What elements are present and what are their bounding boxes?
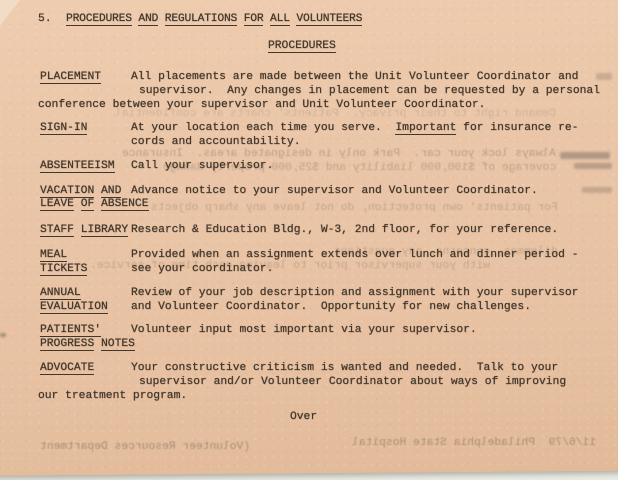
ink-smudge xyxy=(582,187,612,193)
meal-tickets-line-2: see your coordinator. xyxy=(131,262,273,276)
placement-line-1: All placements are made between the Unit… xyxy=(131,70,578,84)
bleed-through-text: For patients' own protection, do not lea… xyxy=(151,201,558,215)
section-label-patients-2: PROGRESS NOTES xyxy=(40,337,135,351)
meal-tickets-line-1: Provided when an assignment extends over… xyxy=(131,248,578,262)
section-label-absenteeism: ABSENTEEISM xyxy=(40,159,115,173)
placement-line-2: supervisor. Any changes in placement can… xyxy=(139,84,600,98)
advocate-line-1: Your constructive criticism is wanted an… xyxy=(131,361,558,375)
ink-smudge xyxy=(0,333,6,337)
scanned-document: Demand right to their privacy. Patients'… xyxy=(0,0,618,480)
document-content: Demand right to their privacy. Patients'… xyxy=(0,0,618,480)
section-label-advocate: ADVOCATE xyxy=(40,361,94,375)
section-label-sign-in: SIGN-IN xyxy=(40,121,87,135)
section-label-patients-1: PATIENTS' xyxy=(40,323,101,337)
section-label-meal-2: TICKETS xyxy=(40,262,87,276)
section-label-annual-2: EVALUATION xyxy=(40,300,108,314)
title-number: 5. xyxy=(38,12,52,26)
ink-smudge xyxy=(596,73,612,80)
annual-evaluation-line-1: Review of your job description and assig… xyxy=(131,286,578,300)
document-subtitle: PROCEDURES xyxy=(268,39,336,53)
sign-in-line-1: At your location each time you serve. Im… xyxy=(131,121,578,135)
sign-in-line-2: cords and accountability. xyxy=(131,135,300,149)
placement-line-3: conference between your supervisor and U… xyxy=(38,98,485,112)
advocate-line-2: supervisor and/or Volunteer Coordinator … xyxy=(139,375,566,389)
document-title: PROCEDURES AND REGULATIONS FOR ALL VOLUN… xyxy=(66,12,362,26)
absenteeism-line-1: Call your supervisor. xyxy=(131,159,273,173)
vacation-line-1: Advance notice to your supervisor and Vo… xyxy=(131,184,538,198)
section-label-annual-1: ANNUAL xyxy=(40,286,81,300)
patients-notes-line-1: Volunteer input most important via your … xyxy=(131,323,477,337)
over-footer: Over xyxy=(290,410,317,424)
section-label-staff-library: STAFF LIBRARY xyxy=(40,223,128,237)
section-label-vacation-1: VACATION AND xyxy=(40,184,121,198)
section-label-meal-1: MEAL xyxy=(40,248,67,262)
section-label-vacation-2: LEAVE OF ABSENCE xyxy=(40,197,149,211)
annual-evaluation-line-2: and Volunteer Coordinator. Opportunity f… xyxy=(131,300,531,314)
ink-smudge xyxy=(560,152,610,159)
bleed-through-footer-left: (Volunteer Resources Department xyxy=(40,440,250,454)
advocate-line-3: our treatment program. xyxy=(38,389,187,403)
staff-library-line-1: Research & Education Bldg., W-3, 2nd flo… xyxy=(131,223,558,237)
section-label-placement: PLACEMENT xyxy=(40,70,101,84)
ink-smudge xyxy=(574,163,612,169)
bleed-through-footer-right: 11/6/79 Philadelphia State Hospital xyxy=(352,436,596,450)
